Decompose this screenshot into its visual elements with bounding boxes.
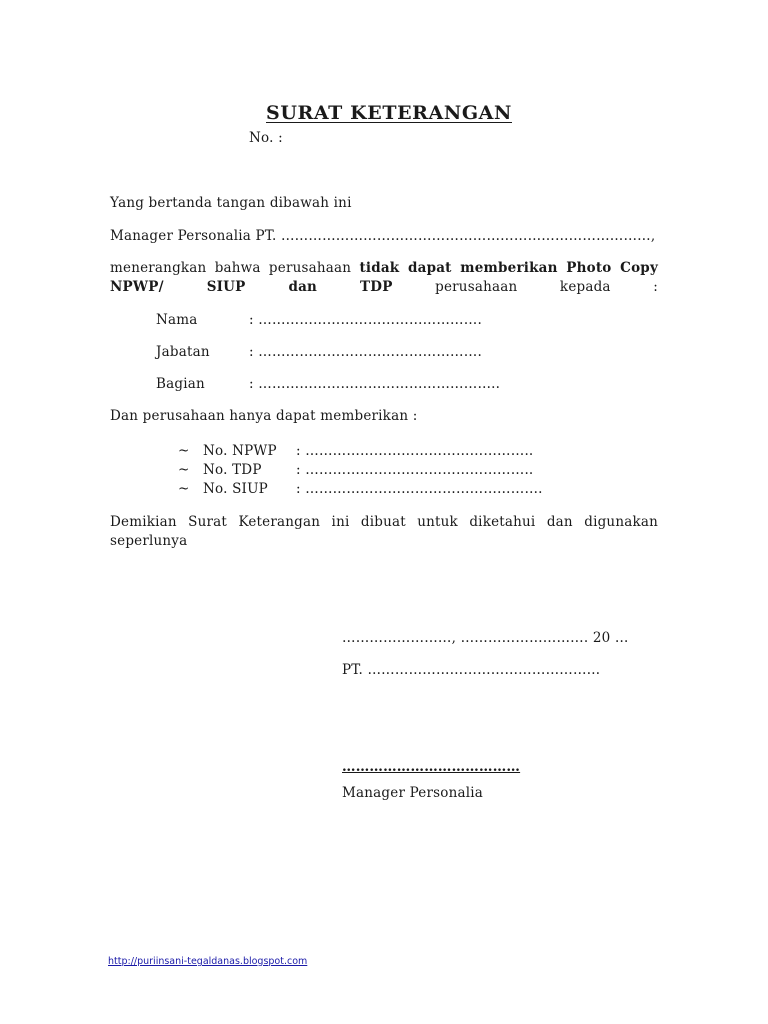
item-label-siup: No. SIUP	[203, 481, 268, 497]
field-label-nama: Nama	[156, 312, 198, 328]
field-value-nama: : ………………………………………….	[249, 312, 482, 328]
signer-title: Manager Personalia	[342, 785, 483, 801]
place-date-line: ……………………, ………………………. 20 …	[342, 630, 629, 646]
item-value-siup: : …………………………………………….	[296, 481, 543, 497]
field-label-bagian: Bagian	[156, 376, 205, 392]
manager-line: Manager Personalia PT. ………………………………………………	[110, 228, 655, 244]
intro-text: Yang bertanda tangan dibawah ini	[110, 195, 352, 211]
signature-line: …………………………………	[342, 759, 520, 775]
item-label-tdp: No. TDP	[203, 462, 262, 478]
document-title: SURAT KETERANGAN	[266, 102, 512, 124]
statement-text-1: menerangkan bahwa perusahaan	[110, 260, 359, 276]
statement-text-2: perusahaan kepada :	[393, 279, 658, 295]
bullet-tilde: ~	[178, 481, 190, 497]
closing-paragraph: Demikian Surat Keterangan ini dibuat unt…	[110, 513, 658, 551]
footer-link[interactable]: http://puriinsani-tegaldanas.blogspot.co…	[108, 956, 307, 967]
letter-number-label: No. :	[249, 130, 283, 146]
item-label-npwp: No. NPWP	[203, 443, 277, 459]
item-value-tdp: : …………………………………………..	[296, 462, 533, 478]
statement-paragraph: menerangkan bahwa perusahaan tidak dapat…	[110, 259, 658, 297]
field-label-jabatan: Jabatan	[156, 344, 210, 360]
company-line: PT. ……………………………………………	[342, 662, 600, 678]
bullet-tilde: ~	[178, 443, 190, 459]
bullet-tilde: ~	[178, 462, 190, 478]
field-value-bagian: : ……………………………………………..	[249, 376, 500, 392]
item-value-npwp: : …………………………………………..	[296, 443, 533, 459]
provide-intro: Dan perusahaan hanya dapat memberikan :	[110, 408, 417, 424]
field-value-jabatan: : ………………………………………….	[249, 344, 482, 360]
